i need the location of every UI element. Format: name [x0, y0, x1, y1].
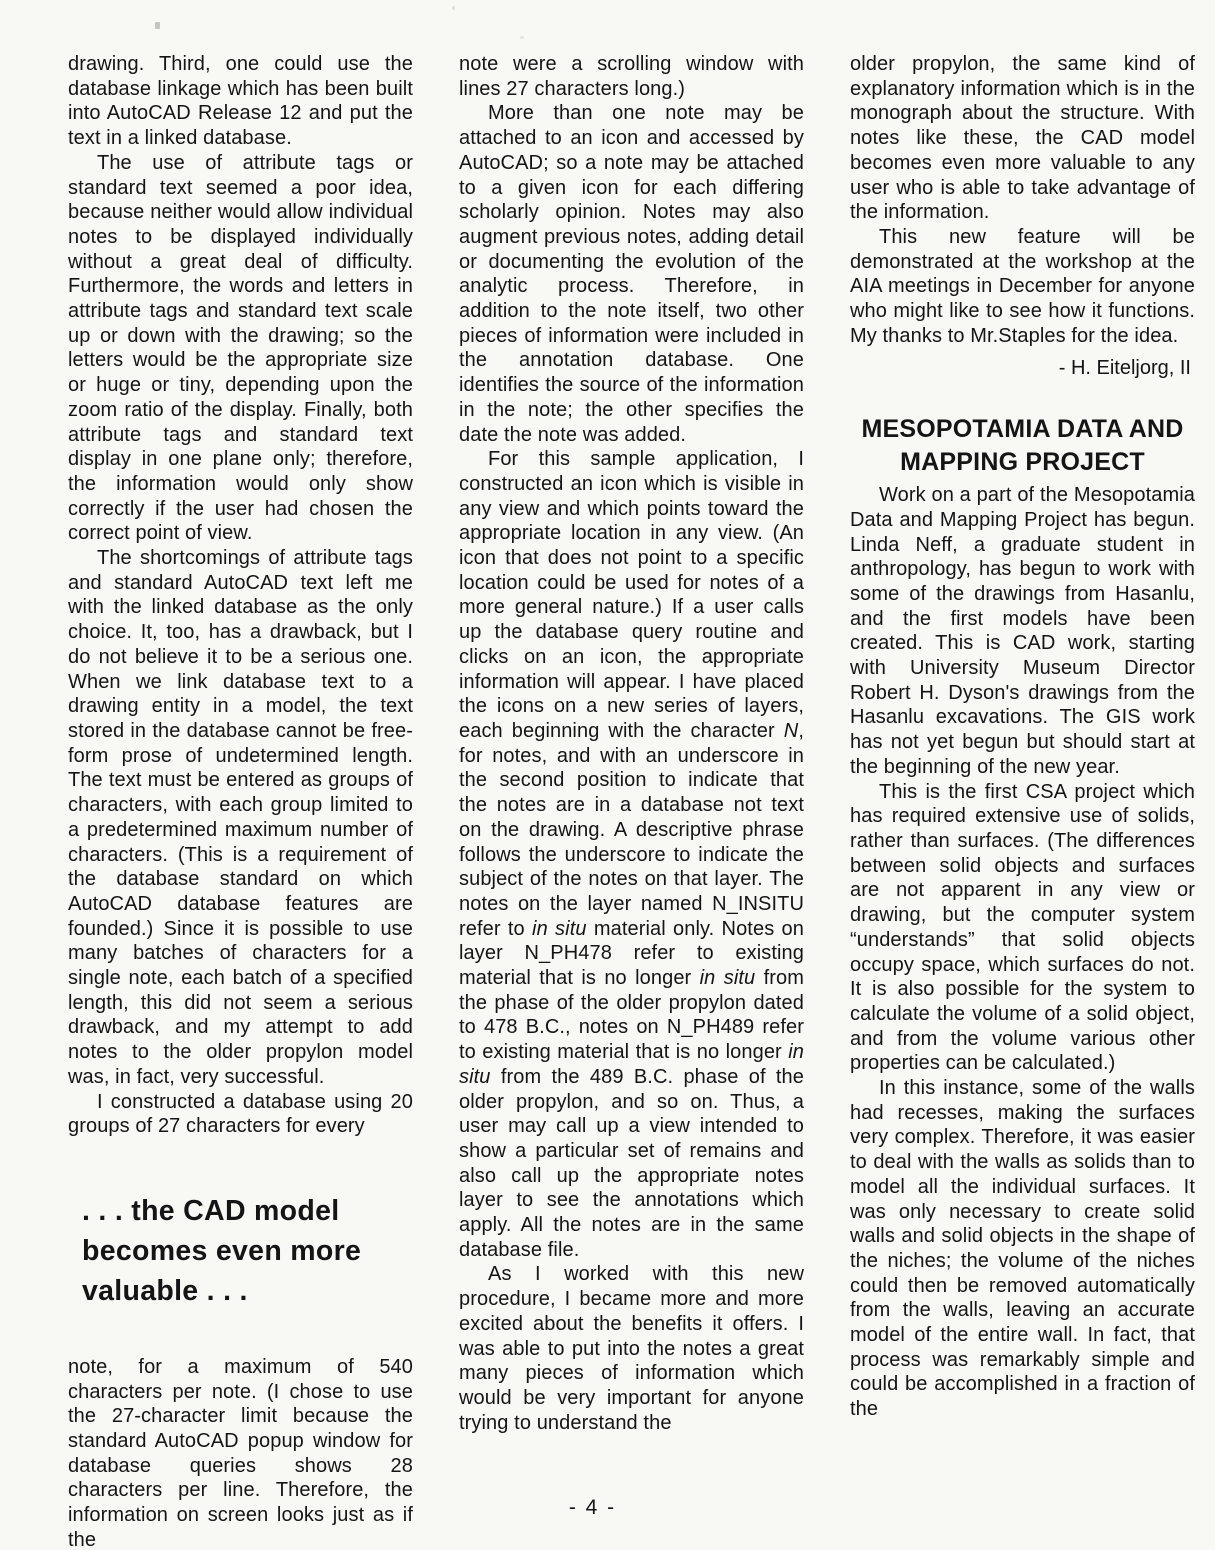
italic-text-run: in situ [532, 918, 587, 940]
section-heading-line: MESOPOTAMIA DATA AND [850, 413, 1195, 446]
paragraph: Work on a part of the Mesopotamia Data a… [850, 483, 1195, 779]
italic-text-run: N [784, 720, 799, 742]
section-heading: MESOPOTAMIA DATA ANDMAPPING PROJECT [850, 413, 1195, 479]
text-run: I constructed a database using 20 groups… [68, 1091, 413, 1138]
paragraph: older propylon, the same kind of explana… [850, 52, 1195, 225]
text-run: The use of attribute tags or standard te… [68, 152, 413, 545]
column-layout: drawing. Third, one could use the databa… [0, 0, 1215, 1550]
column-3: older propylon, the same kind of explana… [850, 52, 1195, 1550]
text-run: More than one note may be attached to an… [459, 102, 804, 445]
paragraph: As I worked with this new procedure, I b… [459, 1262, 804, 1435]
paragraph: The use of attribute tags or standard te… [68, 151, 413, 546]
text-run: As I worked with this new procedure, I b… [459, 1263, 804, 1433]
scan-artifact [452, 6, 455, 10]
document-page: drawing. Third, one could use the databa… [0, 0, 1215, 1550]
author-signature: - H. Eiteljorg, II [850, 356, 1195, 381]
text-run: Work on a part of the Mesopotamia Data a… [850, 484, 1195, 778]
section-heading-line: MAPPING PROJECT [850, 446, 1195, 479]
pull-quote: . . . the CAD modelbecomes even morevalu… [68, 1191, 413, 1311]
text-run: note were a scrolling window with lines … [459, 53, 804, 100]
paragraph: More than one note may be attached to an… [459, 101, 804, 447]
paragraph: This new feature will be demonstrated at… [850, 225, 1195, 349]
paragraph: For this sample application, I construct… [459, 447, 804, 1262]
text-run: , for notes, and with an underscore in t… [459, 720, 804, 940]
paragraph: The shortcomings of attribute tags and s… [68, 546, 413, 1089]
scan-artifact [155, 22, 160, 29]
text-run: from the 489 B.C. phase of the older pro… [459, 1066, 804, 1261]
text-run: note, for a maximum of 540 characters pe… [68, 1356, 413, 1550]
text-run: The shortcomings of attribute tags and s… [68, 547, 413, 1088]
paragraph: I constructed a database using 20 groups… [68, 1090, 413, 1139]
text-run: - H. Eiteljorg, II [1059, 357, 1191, 379]
paragraph: note were a scrolling window with lines … [459, 52, 804, 101]
italic-text-run: in situ [700, 967, 756, 989]
text-run: This new feature will be demonstrated at… [850, 226, 1195, 347]
paragraph: In this instance, some of the walls had … [850, 1076, 1195, 1422]
page-number: - 4 - [0, 1496, 1185, 1520]
text-run: drawing. Third, one could use the databa… [68, 53, 413, 149]
text-run: For this sample application, I construct… [459, 448, 804, 742]
column-2: note were a scrolling window with lines … [459, 52, 804, 1550]
text-run: This is the first CSA project which has … [850, 781, 1195, 1075]
paragraph: This is the first CSA project which has … [850, 780, 1195, 1076]
column-1: drawing. Third, one could use the databa… [68, 52, 413, 1550]
pull-quote-line: valuable . . . [82, 1271, 413, 1311]
pull-quote-line: . . . the CAD model [82, 1191, 413, 1231]
scan-artifact [520, 36, 524, 39]
scan-artifact [862, 58, 866, 61]
paragraph: note, for a maximum of 540 characters pe… [68, 1355, 413, 1550]
paragraph: drawing. Third, one could use the databa… [68, 52, 413, 151]
text-run: In this instance, some of the walls had … [850, 1077, 1195, 1420]
pull-quote-line: becomes even more [82, 1231, 413, 1271]
text-run: older propylon, the same kind of explana… [850, 53, 1195, 223]
